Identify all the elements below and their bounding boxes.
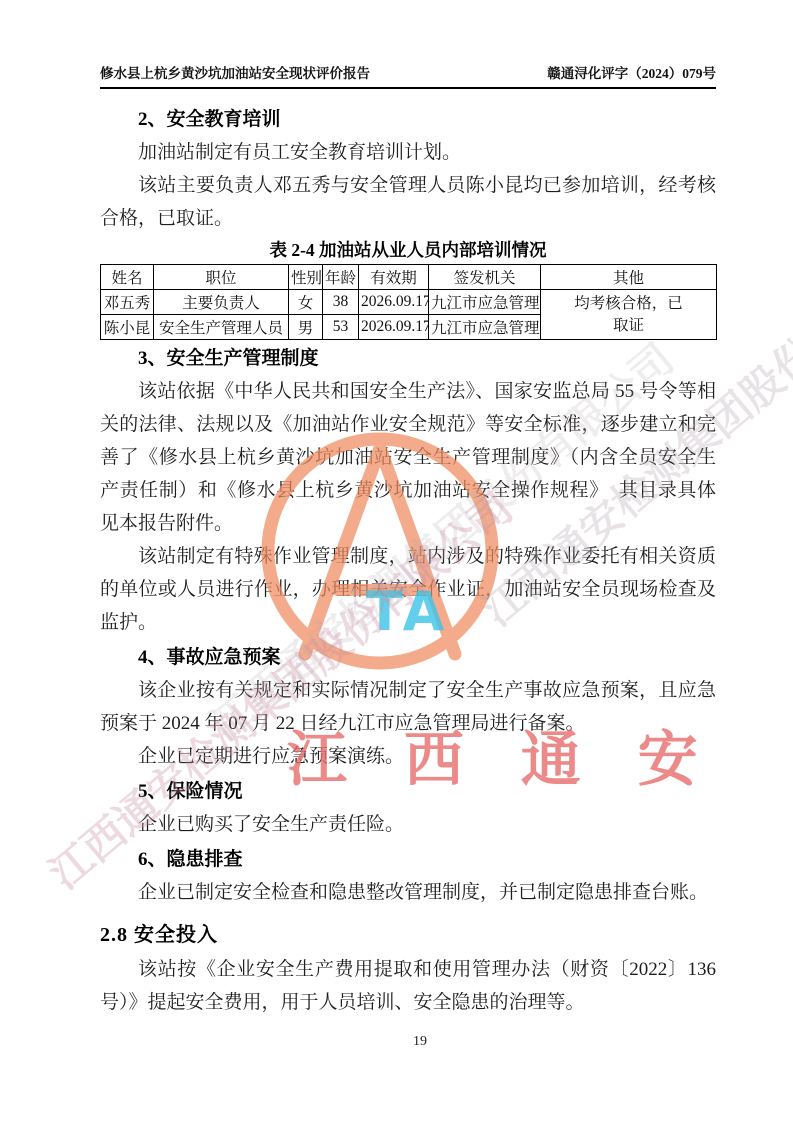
section-3-paragraph-1: 该站依据《中华人民共和国安全生产法》、国家安监总局 55 号令等相关的法律、法规… (100, 375, 716, 540)
section-2-paragraph-2: 该站主要负责人邓五秀与安全管理人员陈小昆均已参加培训，经考核合格，已取证。 (100, 169, 716, 235)
cell-name: 邓五秀 (101, 290, 154, 315)
training-table: 姓名 职位 性别 年龄 有效期 签发机关 其他 邓五秀 主要负责人 女 38 2… (100, 264, 717, 340)
table-header-row: 姓名 职位 性别 年龄 有效期 签发机关 其他 (101, 265, 717, 290)
section-2-8-heading: 2.8 安全投入 (100, 917, 716, 953)
cell-issuer: 九江市应急管理局 (429, 315, 541, 340)
section-6-heading: 6、隐患排查 (100, 843, 716, 876)
col-header-name: 姓名 (101, 265, 154, 290)
section-4-paragraph-1: 该企业按有关规定和实际情况制定了安全生产事故应急预案，且应急预案于 2024 年… (100, 674, 716, 740)
col-header-gender: 性别 (289, 265, 323, 290)
col-header-issuer: 签发机关 (429, 265, 541, 290)
col-header-validity: 有效期 (359, 265, 429, 290)
header-doc-number: 赣通浔化评字（2024）079号 (547, 62, 716, 82)
content-area: 修水县上杭乡黄沙坑加油站安全现状评价报告 赣通浔化评字（2024）079号 2、… (100, 62, 716, 1019)
cell-other-line1: 均考核合格，已 (543, 293, 714, 315)
cell-name: 陈小昆 (101, 315, 154, 340)
header-report-title: 修水县上杭乡黄沙坑加油站安全现状评价报告 (100, 62, 370, 82)
cell-validity: 2026.09.17 (359, 290, 429, 315)
cell-other-line2: 取证 (543, 315, 714, 337)
col-header-age: 年龄 (323, 265, 359, 290)
cell-age: 38 (323, 290, 359, 315)
cell-issuer: 九江市应急管理局 (429, 290, 541, 315)
section-3-heading: 3、安全生产管理制度 (100, 342, 716, 375)
document-page: TA 江 西 通 安 江西通安检测集团股份有限公司 江西通安检测集团股份有限公司… (0, 0, 793, 1122)
cell-validity: 2026.09.17 (359, 315, 429, 340)
cell-gender: 女 (289, 290, 323, 315)
section-6-paragraph-1: 企业已制定安全检查和隐患整改管理制度，并已制定隐患排查台账。 (100, 876, 716, 909)
col-header-position: 职位 (154, 265, 289, 290)
table-row: 邓五秀 主要负责人 女 38 2026.09.17 九江市应急管理局 均考核合格… (101, 290, 717, 315)
section-2-heading: 2、安全教育培训 (100, 103, 716, 136)
section-4-paragraph-2: 企业已定期进行应急预案演练。 (100, 740, 716, 773)
section-5-paragraph-1: 企业已购买了安全生产责任险。 (100, 808, 716, 841)
section-3-paragraph-2: 该站制定有特殊作业管理制度，站内涉及的特殊作业委托有相关资质的单位或人员进行作业… (100, 540, 716, 639)
page-number: 19 (100, 1034, 740, 1050)
table-2-4-title: 表 2-4 加油站从业人员内部培训情况 (100, 237, 716, 264)
cell-other-merged: 均考核合格，已 取证 (541, 290, 717, 340)
document-body: 2、安全教育培训 加油站制定有员工安全教育培训计划。 该站主要负责人邓五秀与安全… (100, 89, 716, 1019)
cell-position: 安全生产管理人员 (154, 315, 289, 340)
cell-position: 主要负责人 (154, 290, 289, 315)
section-5-heading: 5、保险情况 (100, 775, 716, 808)
cell-gender: 男 (289, 315, 323, 340)
page-header: 修水县上杭乡黄沙坑加油站安全现状评价报告 赣通浔化评字（2024）079号 (100, 62, 716, 89)
section-2-paragraph-1: 加油站制定有员工安全教育培训计划。 (100, 136, 716, 169)
section-4-heading: 4、事故应急预案 (100, 641, 716, 674)
section-2-8-paragraph-1: 该站按《企业安全生产费用提取和使用管理办法（财资〔2022〕136 号）》提起安… (100, 953, 716, 1019)
col-header-other: 其他 (541, 265, 717, 290)
cell-age: 53 (323, 315, 359, 340)
